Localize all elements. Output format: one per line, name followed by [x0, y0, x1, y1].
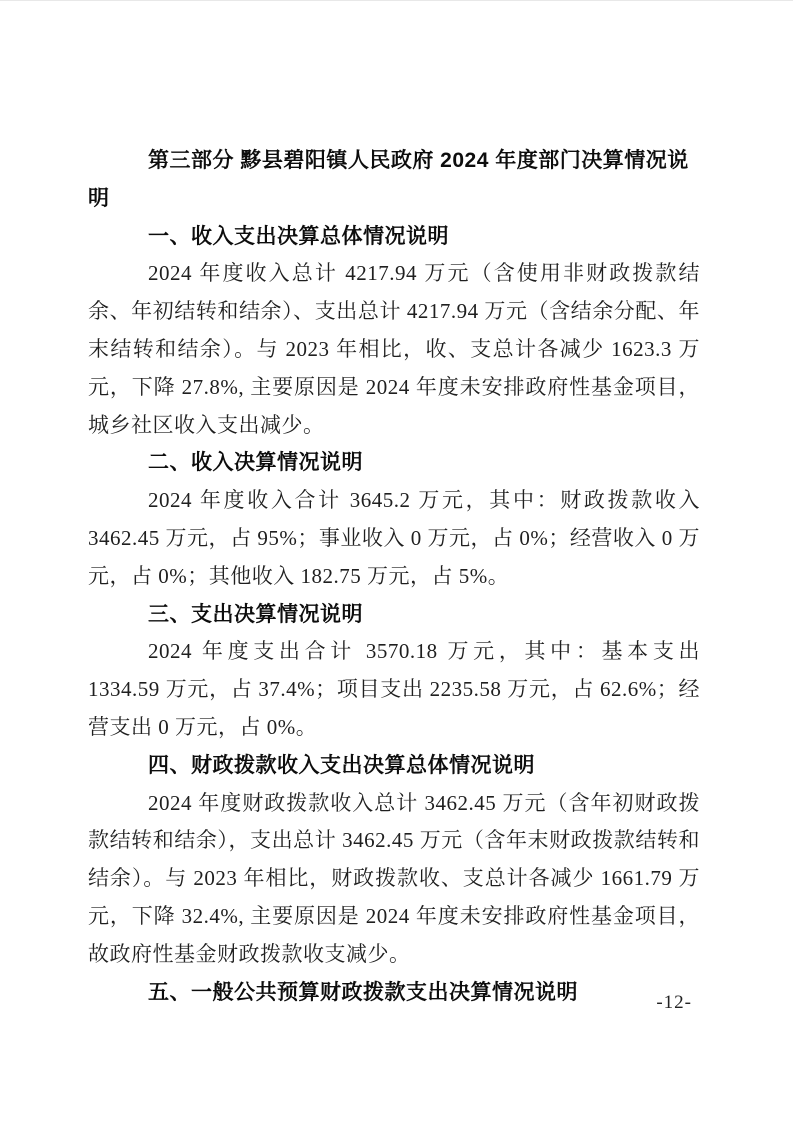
- section-4-heading: 四、财政拨款收入支出决算总体情况说明: [88, 747, 700, 785]
- section-5-heading: 五、一般公共预算财政拨款支出决算情况说明: [88, 974, 700, 1012]
- section-1-heading: 一、收入支出决算总体情况说明: [88, 218, 700, 256]
- page-number: -12-: [656, 993, 692, 1013]
- section-3-heading: 三、支出决算情况说明: [88, 596, 700, 634]
- section-3-paragraph: 2024 年度支出合计 3570.18 万元，其中：基本支出 1334.59 万…: [88, 633, 700, 746]
- section-2-heading: 二、收入决算情况说明: [88, 444, 700, 482]
- section-2-paragraph: 2024 年度收入合计 3645.2 万元，其中：财政拨款收入 3462.45 …: [88, 482, 700, 595]
- document-content: 第三部分 黟县碧阳镇人民政府 2024 年度部门决算情况说明一、收入支出决算总体…: [88, 142, 700, 1011]
- part-title: 第三部分 黟县碧阳镇人民政府 2024 年度部门决算情况说明: [88, 142, 700, 218]
- section-1-paragraph: 2024 年度收入总计 4217.94 万元（含使用非财政拨款结余、年初结转和结…: [88, 255, 700, 444]
- document-page: 第三部分 黟县碧阳镇人民政府 2024 年度部门决算情况说明一、收入支出决算总体…: [0, 0, 793, 1122]
- section-4-paragraph: 2024 年度财政拨款收入总计 3462.45 万元（含年初财政拨款结转和结余）…: [88, 785, 700, 974]
